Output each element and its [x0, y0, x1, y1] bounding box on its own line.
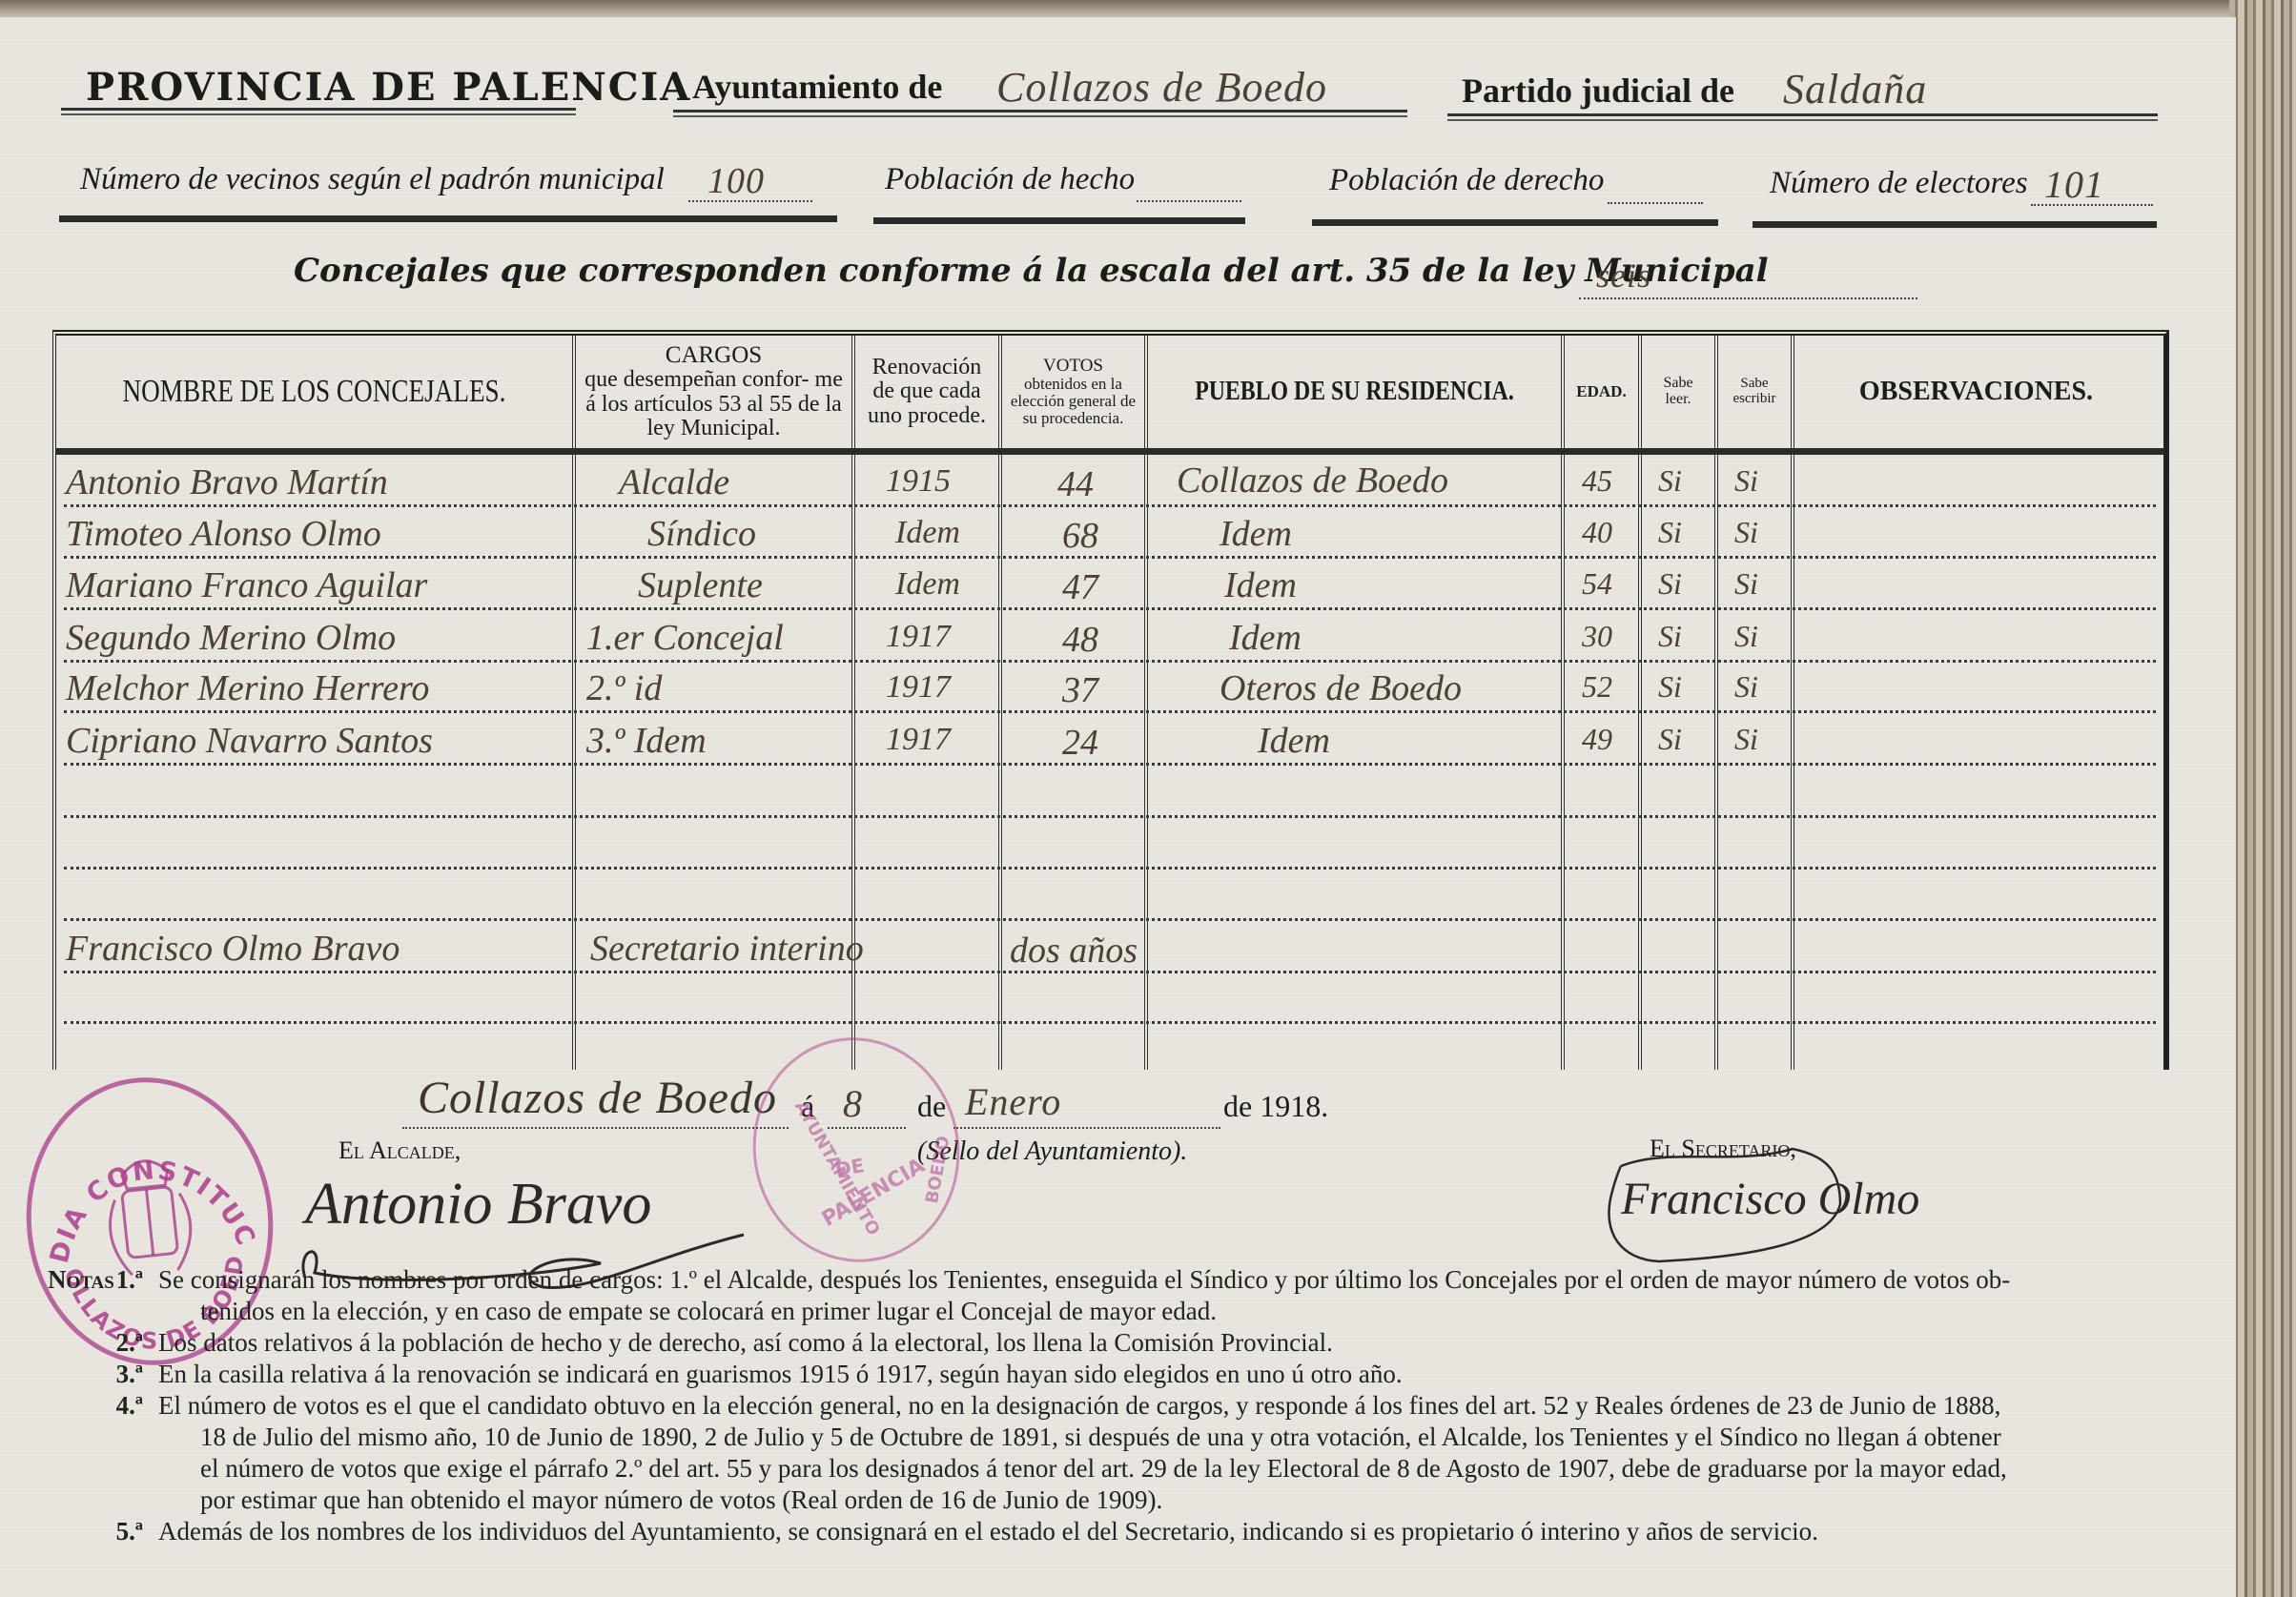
cell-cargo: Síndico: [647, 513, 756, 555]
cell-pueblo: Idem: [1229, 617, 1302, 659]
note-text: Se consignarán los nombres por orden de …: [158, 1264, 2010, 1296]
electores-field: 101: [2031, 179, 2153, 206]
cell-pueblo: Idem: [1258, 720, 1330, 762]
stamp-top-text: ALCALDIA CONSTITUCIONAL: [17, 1071, 262, 1274]
header-sabe-escribir: Sabe escribir: [1718, 336, 1791, 448]
note-text-cont: tenidos en la elección, y en caso de emp…: [48, 1296, 2174, 1327]
cell-renovacion: Idem: [895, 515, 960, 551]
cell-renovacion: 1917: [886, 722, 951, 758]
cell-escribir: Si: [1734, 566, 1758, 602]
note-number: 2.ª: [48, 1327, 158, 1359]
partido-value: Saldaña: [1783, 65, 1927, 113]
note-number: 5.ª: [48, 1516, 158, 1547]
poblacion-derecho-label: Población de derecho: [1329, 163, 1604, 198]
cell-cargo: 3.º Idem: [586, 720, 707, 762]
note-4: 4.ª El número de votos es el que el cand…: [48, 1390, 2174, 1422]
cell-edad: 30: [1582, 619, 1612, 654]
header-votos-title: VOTOS: [1043, 357, 1103, 376]
ayuntamiento-label: Ayuntamiento de: [692, 67, 942, 107]
note-text-cont: el número de votos que exige el párrafo …: [48, 1453, 2174, 1484]
row-line: [64, 556, 2156, 559]
electores-value: 101: [2044, 162, 2104, 207]
ayuntamiento-field: Collazos de Boedo: [987, 74, 1406, 113]
partido-field: Saldaña: [1773, 78, 2145, 116]
secretario-signature: Francisco Olmo: [1621, 1173, 1919, 1225]
header-divider: [56, 448, 2163, 455]
header-observaciones: OBSERVACIONES.: [1794, 336, 2158, 448]
cell-escribir: Si: [1734, 722, 1758, 757]
divider: [1312, 219, 1718, 226]
note-1: Notas 1.ª Se consignarán los nombres por…: [48, 1264, 2174, 1296]
cell-leer: Si: [1658, 566, 1682, 602]
cell-escribir: Si: [1734, 619, 1758, 654]
cell-cargo: 1.er Concejal: [586, 617, 784, 659]
cell-votos: 44: [1057, 463, 1094, 505]
note-text: Además de los nombres de los individuos …: [158, 1516, 1818, 1547]
electores-label: Número de electores: [1770, 166, 2028, 201]
cell-nombre: Mariano Franco Aguilar: [66, 564, 427, 606]
header-nombre: NOMBRE DE LOS CONCEJALES.: [108, 336, 521, 448]
header-cargos: CARGOS que desempeñan confor- me á los a…: [576, 336, 851, 448]
cell-leer: Si: [1658, 722, 1682, 757]
cell-escribir: Si: [1734, 463, 1758, 499]
cell-pueblo: Idem: [1224, 564, 1297, 606]
divider: [61, 108, 576, 115]
row-line: [64, 710, 2156, 713]
cell-votos: 24: [1062, 722, 1098, 764]
cell-nombre: Francisco Olmo Bravo: [66, 928, 400, 970]
vecinos-label: Número de vecinos según el padrón munici…: [80, 162, 665, 197]
cell-cargo: Suplente: [638, 564, 763, 606]
cell-votos: 68: [1062, 515, 1098, 557]
cell-edad: 40: [1582, 515, 1612, 550]
cell-nombre: Antonio Bravo Martín: [66, 461, 388, 503]
cell-escribir: Si: [1734, 515, 1758, 550]
stamp-center-boedo: BOEDO: [922, 1135, 953, 1205]
partido-label: Partido judicial de: [1462, 71, 1734, 111]
header-votos-sub: obtenidos en la elección general de su p…: [1002, 376, 1144, 427]
row-line: [64, 607, 2156, 610]
header-pueblo: PUEBLO DE SU RESIDENCIA.: [1179, 336, 1529, 448]
note-number: 3.ª: [48, 1359, 158, 1390]
row-line: [64, 1021, 2156, 1024]
notes-section: Notas 1.ª Se consignarán los nombres por…: [48, 1264, 2174, 1547]
header-votos: VOTOS obtenidos en la elección general d…: [1002, 336, 1144, 448]
cell-renovacion: 1915: [886, 463, 951, 500]
note-text-cont: por estimar que han obtenido el mayor nú…: [48, 1484, 2174, 1516]
row-line: [64, 504, 2156, 507]
cell-cargo: Alcalde: [619, 461, 729, 503]
date-year: de 1918.: [1223, 1089, 1328, 1124]
cell-leer: Si: [1658, 515, 1682, 550]
row-line: [64, 867, 2156, 870]
divider: [59, 215, 837, 222]
cell-leer: Si: [1658, 669, 1682, 705]
cell-servicio: dos años: [1010, 930, 1138, 972]
vecinos-field: 100: [688, 174, 812, 202]
cell-nombre: Timoteo Alonso Olmo: [66, 513, 381, 555]
row-line: [64, 660, 2156, 663]
cell-nombre: Cipriano Navarro Santos: [66, 720, 433, 762]
row-line: [64, 918, 2156, 921]
cell-nombre: Melchor Merino Herrero: [66, 667, 429, 709]
province-title: PROVINCIA DE PALENCIA: [86, 65, 691, 110]
notes-label: Notas: [48, 1264, 114, 1296]
header-edad: EDAD.: [1565, 336, 1638, 448]
note-text-cont: 18 de Julio del mismo año, 10 de Junio d…: [48, 1422, 2174, 1453]
cell-renovacion: 1917: [886, 619, 951, 655]
cell-renovacion: 1917: [886, 669, 951, 706]
note-text: El número de votos es el que el candidat…: [158, 1390, 2000, 1422]
divider: [1753, 221, 2157, 228]
concejales-table: NOMBRE DE LOS CONCEJALES. CARGOS que des…: [52, 330, 2169, 1070]
header-cargos-title: CARGOS: [666, 343, 762, 368]
concejales-value: seis: [1596, 256, 1651, 296]
note-text: En la casilla relativa á la renovación s…: [158, 1359, 1403, 1390]
cell-pueblo: Collazos de Boedo: [1177, 460, 1448, 502]
cell-renovacion: Idem: [895, 566, 960, 603]
cell-pueblo: Idem: [1220, 513, 1292, 555]
note-2: 2.ª Los datos relativos á la población d…: [48, 1327, 2174, 1359]
cell-cargo: 2.º id: [586, 667, 662, 709]
poblacion-derecho-field: [1608, 177, 1703, 204]
header-cargos-sub: que desempeñan confor- me á los artículo…: [576, 368, 851, 440]
divider: [873, 217, 1245, 224]
note-5: 5.ª Además de los nombres de los individ…: [48, 1516, 2174, 1547]
cell-pueblo: Oteros de Boedo: [1220, 667, 1462, 709]
cell-votos: 47: [1062, 566, 1098, 608]
svg-text:ALCALDIA CONSTITUCIONAL: ALCALDIA CONSTITUCIONAL: [17, 1071, 262, 1274]
vecinos-value: 100: [707, 160, 765, 202]
cell-leer: Si: [1658, 463, 1682, 499]
row-line: [64, 763, 2156, 766]
ayuntamiento-value: Collazos de Boedo: [996, 63, 1327, 112]
cell-nombre: Segundo Merino Olmo: [66, 617, 396, 659]
cell-edad: 49: [1582, 722, 1612, 757]
book-page-edges: [2229, 0, 2296, 1597]
poblacion-hecho-label: Población de hecho: [885, 162, 1135, 197]
header-renovacion: Renovación de que cada uno procede.: [855, 336, 998, 448]
cell-edad: 45: [1582, 463, 1612, 499]
place-field: Collazos de Boedo: [402, 1093, 789, 1129]
month-field: Enero: [953, 1096, 1220, 1129]
alcalde-label: El Alcalde,: [338, 1136, 461, 1165]
col-divider: [1144, 336, 1148, 1070]
note-text: Los datos relativos á la población de he…: [158, 1327, 1333, 1359]
note-number: 4.ª: [48, 1390, 158, 1422]
concejales-field: seis: [1579, 275, 1917, 299]
cell-leer: Si: [1658, 619, 1682, 654]
note-3: 3.ª En la casilla relativa á la renovaci…: [48, 1359, 2174, 1390]
poblacion-hecho-field: [1137, 175, 1241, 202]
divider: [673, 110, 1407, 117]
row-line: [64, 815, 2156, 818]
header-sabe-leer: Sabe leer.: [1642, 336, 1714, 448]
cell-cargo: Secretario interino: [590, 928, 864, 970]
divider: [1447, 113, 2158, 121]
cell-edad: 52: [1582, 669, 1612, 705]
month-value: Enero: [965, 1079, 1061, 1124]
concejales-label: Concejales que corresponden conforme á l…: [294, 252, 1769, 290]
document-page: PROVINCIA DE PALENCIA Ayuntamiento de Co…: [0, 17, 2236, 1597]
cell-escribir: Si: [1734, 669, 1758, 705]
cell-votos: 48: [1062, 619, 1098, 661]
cell-edad: 54: [1582, 566, 1612, 602]
cell-votos: 37: [1062, 669, 1098, 711]
place-value: Collazos de Boedo: [418, 1072, 777, 1124]
